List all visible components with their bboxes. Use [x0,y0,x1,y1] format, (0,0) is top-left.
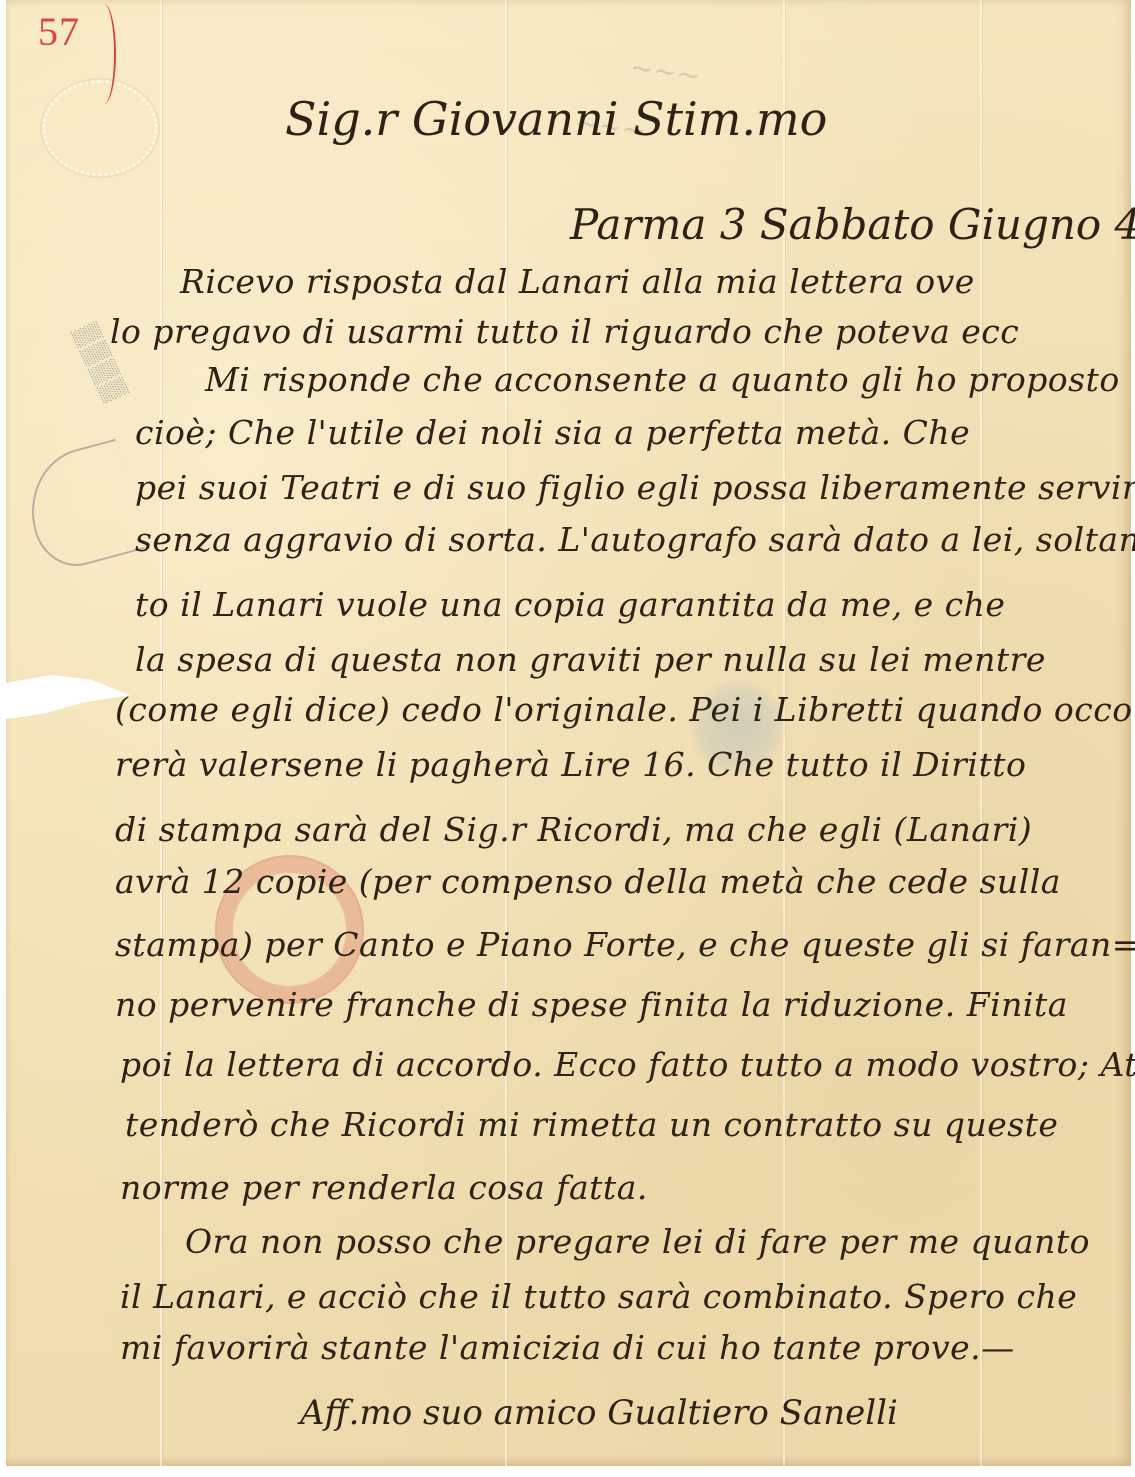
letter-line: no pervenire franche di spese finita la … [115,985,1068,1024]
dateline: Parma 3 Sabbato Giugno 48 [570,200,1135,249]
signature-closing: Aff.mo suo amico Gualtiero Sanelli [300,1393,898,1433]
letter-line: la spesa di questa non graviti per nulla… [135,640,1046,679]
letter-line: stampa) per Canto e Piano Forte, e che q… [115,925,1135,964]
letter-line: rerà valersene li pagherà Lire 16. Che t… [115,745,1026,784]
letter-line: senza aggravio di sorta. L'autografo sar… [135,520,1135,559]
letter-line: (come egli dice) cedo l'originale. Pei i… [115,690,1135,729]
letter-line: di stampa sarà del Sig.r Ricordi, ma che… [115,810,1032,849]
letter-line: il Lanari, e acciò che il tutto sarà com… [120,1277,1077,1316]
letter-line: Ora non posso che pregare lei di fare pe… [185,1222,1090,1261]
letter-line: norme per renderla cosa fatta. [120,1168,648,1207]
archive-number: 57 [38,8,80,55]
letter-line: lo pregavo di usarmi tutto il riguardo c… [110,312,1019,351]
letter-line: pei suoi Teatri e di suo figlio egli pos… [135,468,1135,507]
letter-line: Ricevo risposta dal Lanari alla mia lett… [180,262,975,301]
letter-line: mi favorirà stante l'amicizia di cui ho … [120,1328,1015,1367]
letter-line: Mi risponde che acconsente a quanto gli … [205,360,1120,399]
letter-line: to il Lanari vuole una copia garantita d… [135,585,1005,624]
letter-line: cioè; Che l'utile dei noli sia a perfett… [135,413,970,452]
letter-line: tenderò che Ricordi mi rimetta un contra… [125,1105,1058,1144]
paper-fold-line [160,0,162,1466]
letter-line: poi la lettera di accordo. Ecco fatto tu… [120,1045,1135,1084]
letter-line: avrà 12 copie (per compenso della metà c… [115,862,1061,901]
archive-number-bracket [92,4,116,104]
salutation: Sig.r Giovanni Stim.mo [285,92,827,146]
